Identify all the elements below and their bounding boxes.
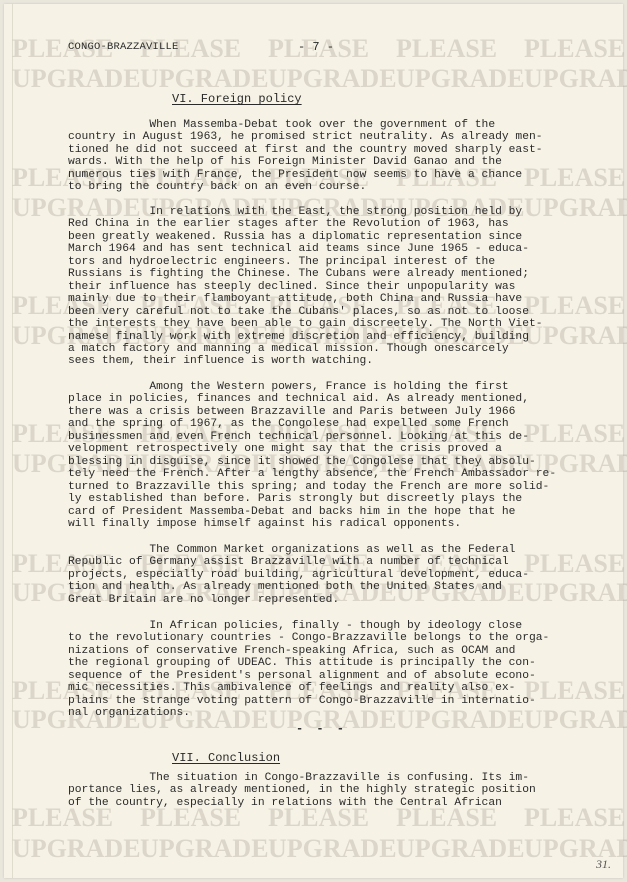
running-title: CONGO-BRAZZAVILLE xyxy=(68,41,179,53)
paragraph-relations-east: In relations with the East, the strong p… xyxy=(68,206,608,368)
paragraph-common-market: The Common Market organizations as well … xyxy=(68,544,608,606)
section-separator: - - - xyxy=(296,723,347,735)
section-heading-conclusion: VII. Conclusion xyxy=(172,752,280,764)
paragraph-western-powers: Among the Western powers, France is hold… xyxy=(68,381,608,530)
paragraph-african-policies: In African policies, finally - though by… xyxy=(68,620,608,720)
folio-number: 31. xyxy=(596,858,611,870)
page-number: - 7 - xyxy=(298,41,334,53)
paragraph-neutrality: When Massemba-Debat took over the govern… xyxy=(68,119,608,194)
typewritten-document: CONGO-BRAZZAVILLE - 7 - VI. Foreign poli… xyxy=(0,0,627,882)
section-heading-foreign-policy: VI. Foreign policy xyxy=(172,93,302,105)
paragraph-conclusion: The situation in Congo-Brazzaville is co… xyxy=(68,772,608,809)
